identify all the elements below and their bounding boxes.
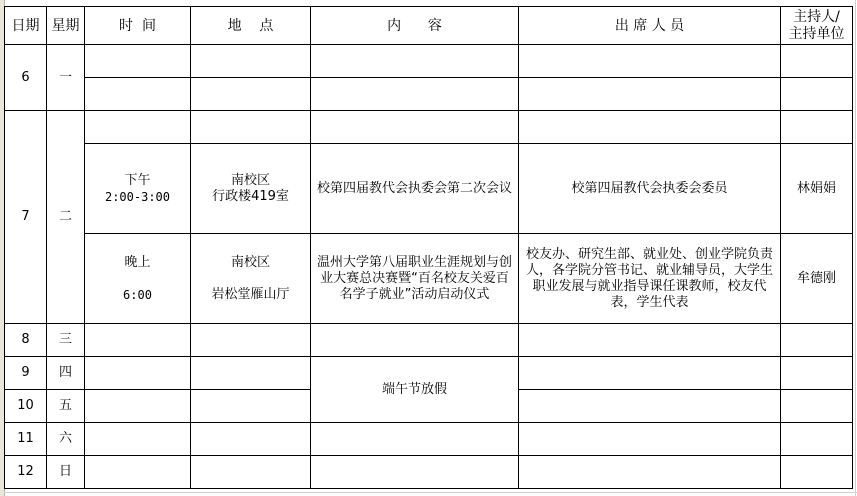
event-location-line2: 行政楼419室 — [212, 189, 289, 205]
header-time: 时 间 — [84, 6, 191, 45]
host-cell[interactable] — [780, 455, 853, 489]
holiday-cell[interactable]: 端午节放假 — [310, 356, 519, 423]
header-host-line1: 主持人/ — [793, 9, 840, 26]
attendees-cell[interactable] — [518, 44, 781, 78]
content-cell[interactable] — [310, 422, 519, 456]
weekday-cell: 三 — [46, 323, 85, 357]
event-location-line1: 南校区 — [231, 255, 270, 271]
date-cell: 11 — [4, 422, 47, 456]
event-host-cell[interactable]: 牟德刚 — [780, 233, 853, 324]
location-cell[interactable] — [190, 44, 311, 78]
attendees-cell[interactable] — [518, 389, 781, 423]
location-cell[interactable] — [190, 389, 311, 423]
location-cell[interactable] — [190, 455, 311, 489]
attendees-cell[interactable] — [518, 77, 781, 111]
header-date: 日期 — [4, 6, 47, 45]
location-cell[interactable] — [190, 356, 311, 390]
weekday-cell: 日 — [46, 455, 85, 489]
event-attendees-cell[interactable]: 校友办、研究生部、就业处、创业学院负责人，各学院分管书记、就业辅导员，大学生职业… — [518, 233, 781, 324]
content-cell[interactable] — [310, 110, 519, 144]
attendees-cell[interactable] — [518, 323, 781, 357]
date-cell: 12 — [4, 455, 47, 489]
event-time-label: 下午 — [124, 173, 150, 189]
weekday-cell: 五 — [46, 389, 85, 423]
event-content: 温州大学第八届职业生涯规划与创业大赛总决赛暨“百名校友关爱百名学子就业”活动启动… — [313, 255, 516, 303]
weekday-cell: 二 — [46, 110, 85, 324]
header-attendees: 出 席 人 员 — [518, 6, 781, 45]
event-time-value: 6:00 — [123, 287, 152, 303]
date-cell: 9 — [4, 356, 47, 390]
attendees-cell[interactable] — [518, 110, 781, 144]
event-content: 校第四届教代会执委会第二次会议 — [313, 181, 516, 197]
location-cell[interactable] — [190, 77, 311, 111]
header-weekday: 星期 — [46, 6, 85, 45]
host-cell[interactable] — [780, 110, 853, 144]
content-cell[interactable] — [310, 323, 519, 357]
date-cell: 10 — [4, 389, 47, 423]
event-location-cell[interactable]: 南校区 行政楼419室 — [190, 143, 311, 234]
header-host: 主持人/ 主持单位 — [780, 6, 853, 45]
content-cell[interactable] — [310, 455, 519, 489]
event-time-cell[interactable]: 下午 2:00-3:00 — [84, 143, 191, 234]
time-cell[interactable] — [84, 356, 191, 390]
event-content-cell[interactable]: 校第四届教代会执委会第二次会议 — [310, 143, 519, 234]
event-host: 林娟娟 — [797, 181, 836, 197]
gridline — [4, 492, 857, 493]
attendees-cell[interactable] — [518, 422, 781, 456]
weekday-cell: 一 — [46, 44, 85, 111]
location-cell[interactable] — [190, 323, 311, 357]
time-cell[interactable] — [84, 323, 191, 357]
event-host: 牟德刚 — [797, 271, 836, 287]
weekday-cell: 六 — [46, 422, 85, 456]
event-time-cell[interactable]: 晚上 6:00 — [84, 233, 191, 324]
header-host-line2: 主持单位 — [789, 26, 845, 43]
event-location-line2: 岩松堂雁山厅 — [211, 287, 289, 303]
attendees-cell[interactable] — [518, 356, 781, 390]
event-attendees: 校友办、研究生部、就业处、创业学院负责人，各学院分管书记、就业辅导员，大学生职业… — [521, 247, 778, 311]
host-cell[interactable] — [780, 44, 853, 78]
header-content: 内 容 — [310, 6, 519, 45]
host-cell[interactable] — [780, 356, 853, 390]
event-content-cell[interactable]: 温州大学第八届职业生涯规划与创业大赛总决赛暨“百名校友关爱百名学子就业”活动启动… — [310, 233, 519, 324]
event-location-line1: 南校区 — [231, 173, 270, 189]
time-cell[interactable] — [84, 77, 191, 111]
event-host-cell[interactable]: 林娟娟 — [780, 143, 853, 234]
time-cell[interactable] — [84, 110, 191, 144]
time-cell[interactable] — [84, 422, 191, 456]
host-cell[interactable] — [780, 77, 853, 111]
content-cell[interactable] — [310, 77, 519, 111]
location-cell[interactable] — [190, 422, 311, 456]
date-cell: 7 — [4, 110, 47, 324]
weekday-cell: 四 — [46, 356, 85, 390]
date-cell: 8 — [4, 323, 47, 357]
gridline — [855, 0, 856, 496]
event-time-label: 晚上 — [124, 255, 150, 271]
date-cell: 6 — [4, 44, 47, 111]
time-cell[interactable] — [84, 44, 191, 78]
time-cell[interactable] — [84, 389, 191, 423]
header-location: 地 点 — [190, 6, 311, 45]
event-time-value: 2:00-3:00 — [105, 189, 170, 205]
event-attendees-cell[interactable]: 校第四届教代会执委会委员 — [518, 143, 781, 234]
time-cell[interactable] — [84, 455, 191, 489]
host-cell[interactable] — [780, 422, 853, 456]
location-cell[interactable] — [190, 110, 311, 144]
attendees-cell[interactable] — [518, 455, 781, 489]
event-location-cell[interactable]: 南校区 岩松堂雁山厅 — [190, 233, 311, 324]
host-cell[interactable] — [780, 389, 853, 423]
event-attendees: 校第四届教代会执委会委员 — [571, 181, 727, 197]
host-cell[interactable] — [780, 323, 853, 357]
content-cell[interactable] — [310, 44, 519, 78]
holiday-note: 端午节放假 — [382, 382, 447, 398]
